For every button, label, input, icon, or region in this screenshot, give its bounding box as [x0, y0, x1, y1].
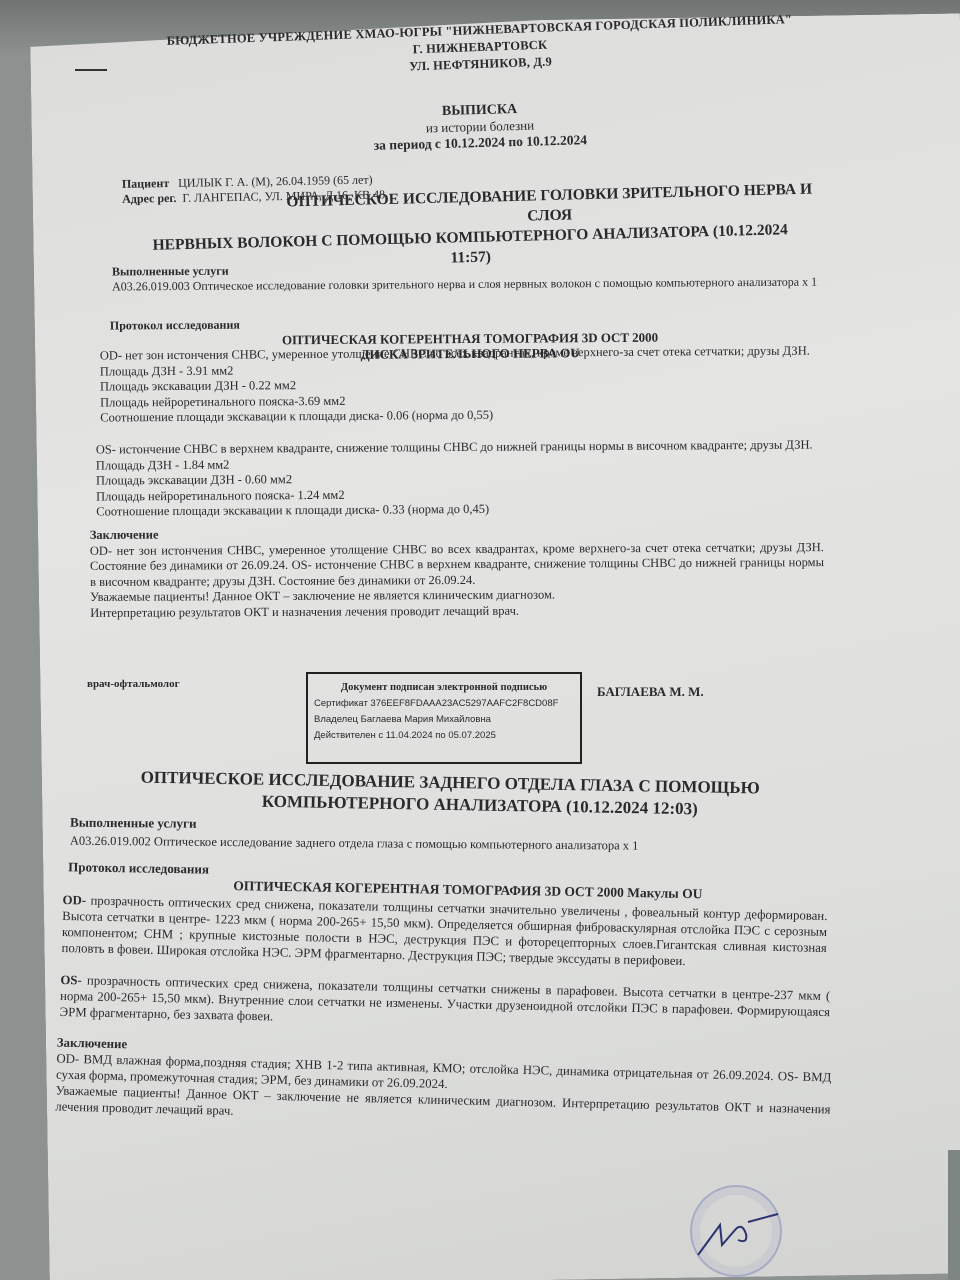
signature-box-title: Документ подписан электронной подписью [314, 682, 574, 693]
page-edge [948, 1150, 960, 1280]
margin-mark [75, 69, 107, 71]
doctor-role: врач-офтальмолог [87, 678, 180, 690]
signature-owner: Владелец Баглаева Мария Михайловна [314, 714, 574, 725]
exam2-services: Выполненные услуги А03.26.019.002 Оптиче… [70, 815, 830, 856]
signature-validity: Действителен с 11.04.2024 по 05.07.2025 [314, 730, 574, 741]
exam1-services: Выполненные услуги А03.26.019.003 Оптиче… [112, 260, 822, 295]
e-signature-box: Документ подписан электронной подписью С… [306, 672, 582, 764]
signature-certificate: Сертификат 376EEF8FDAAA23AC5297AAFC2F8CD… [314, 698, 574, 709]
exam1-conclusion: Заключение OD- нет зон истончения СНВС, … [90, 524, 824, 621]
exam1-os-findings: OS- истончение СНВС в верхнем квадранте,… [96, 437, 823, 520]
patient-label: Пациент [122, 176, 170, 191]
doctor-name: БАГЛАЕВА М. М. [597, 684, 704, 700]
exam1-od-findings: OD- нет зон истончения СНВС, умеренное у… [100, 343, 823, 426]
handwritten-signature [690, 1200, 780, 1260]
